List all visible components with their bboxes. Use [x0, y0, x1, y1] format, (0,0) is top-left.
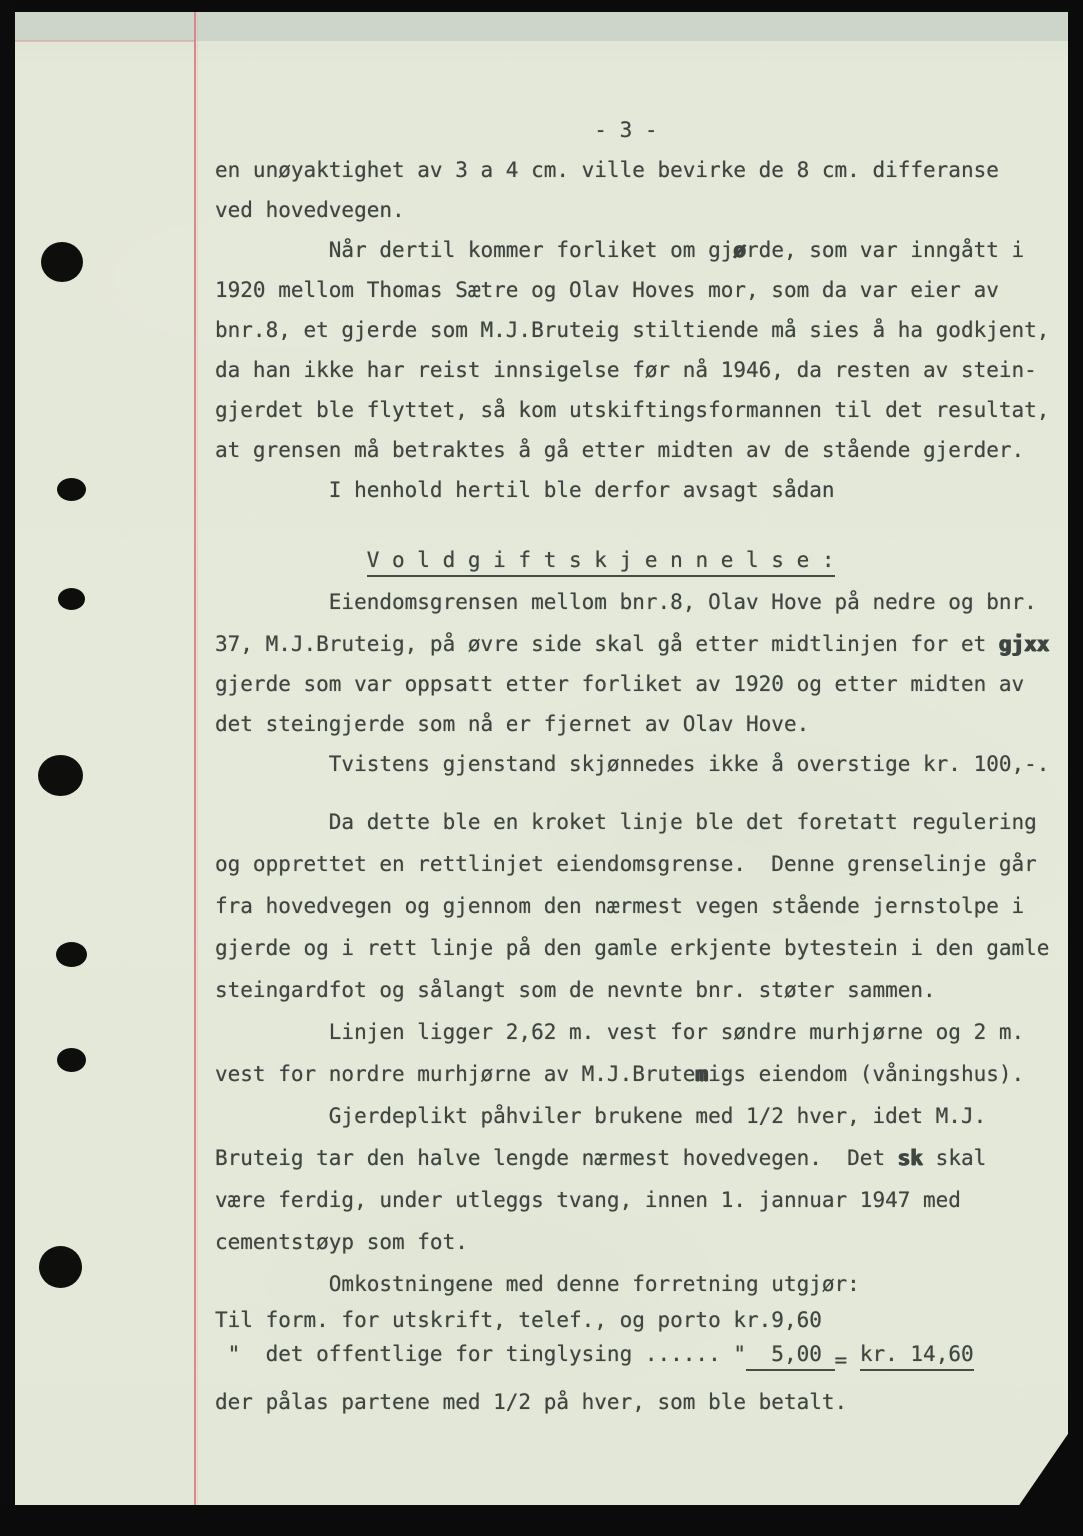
faint-ruled-line	[15, 40, 196, 42]
text-line: steingardfot og sålangt som de nevnte bn…	[215, 978, 936, 1003]
scanned-document-page: - 3 -en unøyaktighet av 3 a 4 cm. ville …	[0, 0, 1083, 1536]
text-line: cementstøyp som fot.	[215, 1230, 468, 1255]
text-line: ved hovedvegen.	[215, 198, 405, 223]
text-line: Omkostningene med denne forretning utgjø…	[215, 1272, 860, 1297]
text-line: fra hovedvegen og gjennom den nærmest ve…	[215, 894, 1024, 919]
scan-edge-right	[1068, 0, 1083, 1536]
cost-line-1: Til form. for utskrift, telef., og porto…	[215, 1308, 822, 1333]
text-line: Gjerdeplikt påhviler brukene med 1/2 hve…	[215, 1104, 986, 1129]
text-line: da han ikke har reist innsigelse før nå …	[215, 358, 1037, 383]
punch-hole	[58, 588, 85, 610]
text-line: Da dette ble en kroket linje ble det for…	[215, 810, 1037, 835]
text-line: Eiendomsgrensen mellom bnr.8, Olav Hove …	[215, 590, 1037, 615]
punch-hole	[57, 1048, 86, 1072]
text-line: være ferdig, under utleggs tvang, innen …	[215, 1188, 961, 1213]
text-line: og opprettet en rettlinjet eiendomsgrens…	[215, 852, 1037, 877]
punch-hole	[56, 942, 87, 967]
text-line: Linjen ligger 2,62 m. vest for søndre mu…	[215, 1020, 1024, 1045]
text-line: bnr.8, et gjerde som M.J.Bruteig stiltie…	[215, 318, 1049, 343]
text-line: I henhold hertil ble derfor avsagt sådan	[215, 478, 835, 503]
text-line: gjerdet ble flyttet, så kom utskiftingsf…	[215, 398, 1049, 423]
scan-edge-bottom	[0, 1505, 1083, 1536]
text-line: vest for nordre murhjørne av M.J.Brutemi…	[215, 1062, 1024, 1087]
cost-line-2: " det offentlige for tinglysing ...... "…	[215, 1342, 974, 1367]
text-line: 37, M.J.Bruteig, på øvre side skal gå et…	[215, 632, 1049, 657]
scan-edge-top	[0, 0, 1083, 12]
section-heading: V o l d g i f t s k j e n n e l s e :	[215, 548, 835, 573]
punch-hole	[39, 1246, 82, 1288]
text-line: en unøyaktighet av 3 a 4 cm. ville bevir…	[215, 158, 999, 183]
text-line: Tvistens gjenstand skjønnedes ikke å ove…	[215, 752, 1049, 777]
punch-hole	[57, 478, 86, 501]
text-line: Bruteig tar den halve lengde nærmest hov…	[215, 1146, 986, 1171]
scan-edge-left	[0, 0, 15, 1536]
punch-hole	[41, 242, 83, 282]
text-line: der pålas partene med 1/2 på hver, som b…	[215, 1390, 847, 1415]
page-number: - 3 -	[215, 118, 658, 143]
typewritten-text: - 3 -en unøyaktighet av 3 a 4 cm. ville …	[215, 0, 1075, 1536]
text-line: at grensen må betraktes å gå etter midte…	[215, 438, 1024, 463]
punch-hole	[38, 755, 83, 796]
red-margin-line	[194, 8, 196, 1505]
text-line: det steingjerde som nå er fjernet av Ola…	[215, 712, 809, 737]
text-line: 1920 mellom Thomas Sætre og Olav Hoves m…	[215, 278, 999, 303]
text-line: Når dertil kommer forliket om gjørde, so…	[215, 238, 1024, 263]
text-line: gjerde som var oppsatt etter forliket av…	[215, 672, 1024, 697]
text-line: gjerde og i rett linje på den gamle erkj…	[215, 936, 1049, 961]
